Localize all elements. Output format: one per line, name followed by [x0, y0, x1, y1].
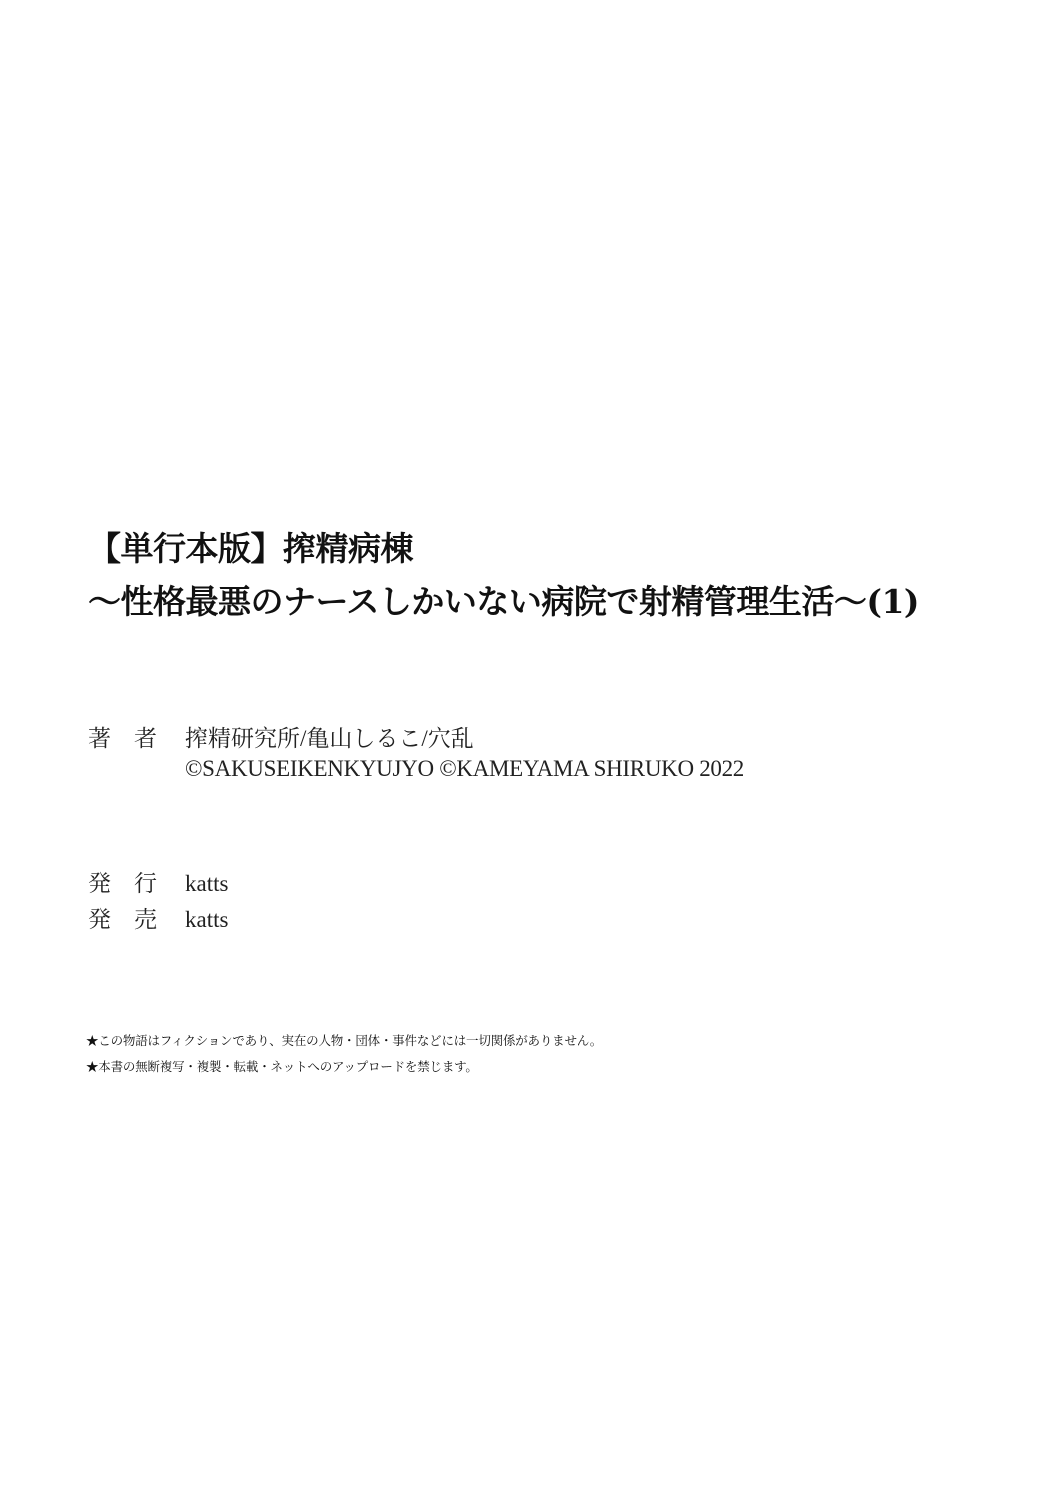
publisher-row: 発行 katts: [88, 865, 228, 901]
author-label-char-2: 者: [134, 726, 157, 751]
book-title: 【単行本版】搾精病棟 〜性格最悪のナースしかいない病院で射精管理生活〜(1): [88, 522, 919, 628]
publisher-label-char-2: 行: [134, 871, 157, 896]
title-line-1: 【単行本版】搾精病棟: [88, 522, 919, 575]
legal-notes: ★この物語はフィクションであり、実在の人物・団体・事件などには一切関係がありませ…: [86, 1028, 602, 1080]
author-label-char-1: 著: [88, 726, 111, 751]
author-row: 著者 搾精研究所/亀山しるこ/穴乱: [88, 720, 744, 756]
publisher-label: 発行: [88, 865, 185, 898]
publisher-name: katts: [185, 871, 228, 897]
author-names: 搾精研究所/亀山しるこ/穴乱: [185, 720, 474, 753]
title-line-2: 〜性格最悪のナースしかいない病院で射精管理生活〜(1): [88, 575, 919, 628]
distributor-row: 発売 katts: [88, 901, 228, 937]
author-label: 著者: [88, 720, 185, 753]
copyright-notice: ©SAKUSEIKENKYUJYO ©KAMEYAMA SHIRUKO 2022: [88, 756, 744, 792]
copyright-text: ©SAKUSEIKENKYUJYO ©KAMEYAMA SHIRUKO 2022: [185, 756, 744, 782]
publisher-credits: 発行 katts 発売 katts: [88, 865, 228, 937]
fiction-disclaimer: ★この物語はフィクションであり、実在の人物・団体・事件などには一切関係がありませ…: [86, 1028, 602, 1054]
distributor-name: katts: [185, 907, 228, 933]
author-credits: 著者 搾精研究所/亀山しるこ/穴乱 ©SAKUSEIKENKYUJYO ©KAM…: [88, 720, 744, 792]
distributor-label-char-1: 発: [88, 907, 111, 932]
distributor-label-char-2: 売: [134, 907, 157, 932]
distributor-label: 発売: [88, 901, 185, 934]
copy-prohibition-notice: ★本書の無断複写・複製・転載・ネットへのアップロードを禁じます。: [86, 1054, 602, 1080]
publisher-label-char-1: 発: [88, 871, 111, 896]
